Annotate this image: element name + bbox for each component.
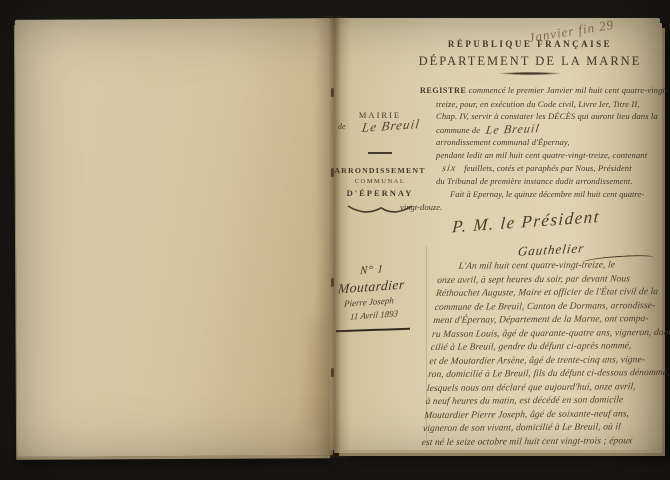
stamp-divider bbox=[368, 152, 392, 154]
arrondissement-label: ARRONDISSEMENT bbox=[334, 166, 426, 175]
right-page: Janvier fin 29 RÉPUBLIQUE FRANÇAISE DÉPA… bbox=[330, 18, 660, 450]
registre-word: REGISTRE bbox=[420, 86, 466, 95]
registre-line: arrondissement communal d'Épernay, bbox=[436, 136, 670, 149]
registre-line: du Tribunal de première instance dudit a… bbox=[436, 175, 670, 188]
act-date: 11 Avril 1893 bbox=[350, 308, 399, 321]
mairie-stamp: MAIRIE de Le Breuil ARRONDISSEMENT COMMU… bbox=[334, 110, 426, 120]
act-firstnames: Pierre Joseph bbox=[344, 295, 394, 309]
act-surname: Moutardier bbox=[338, 277, 406, 298]
fait-line: Fait à Epernay, le quinze décembre mil h… bbox=[450, 189, 644, 199]
president-signature-title: P. M. le Président bbox=[452, 203, 663, 238]
feuillets-count-handwritten: six bbox=[441, 162, 457, 175]
act-margin-rule bbox=[336, 328, 410, 333]
act-line: ron, domicilié à Le Breuil, fils du défu… bbox=[427, 367, 660, 383]
registre-line: treize, pour, en exécution du Code civil… bbox=[436, 98, 670, 111]
register-book: Janvier fin 29 RÉPUBLIQUE FRANÇAISE DÉPA… bbox=[14, 16, 656, 462]
act-number: N° 1 bbox=[360, 263, 385, 277]
registre-line: commune deLe Breuil bbox=[436, 123, 670, 137]
fait-line: vingt-douze. bbox=[400, 202, 442, 212]
ink-bleedthrough bbox=[306, 318, 327, 428]
act-line: cilié à Le Breuil, gendre du défunt ci-a… bbox=[430, 340, 663, 356]
departement-heading: DÉPARTEMENT DE LA MARNE bbox=[382, 54, 670, 69]
act-line: lesquels nous ont déclaré que aujourd'hu… bbox=[426, 381, 659, 397]
decorative-rule bbox=[498, 72, 562, 75]
registre-line: REGISTRE commencé le premier Janvier mil… bbox=[420, 84, 670, 98]
communal-label: COMMUNAL bbox=[334, 178, 426, 185]
act-line: est né le seize octobre mil huit cent vi… bbox=[421, 435, 654, 451]
act-line: ment d'Épernay, Département de la Marne,… bbox=[433, 313, 666, 329]
registre-line: pendant ledit an mil huit cent quatre-vi… bbox=[436, 149, 670, 162]
epernay-label: D'ÉPERNAY bbox=[334, 188, 426, 198]
act-body-text: L'An mil huit cent quatre-vingt-treize, … bbox=[421, 259, 670, 450]
registre-line: Chap. IV, servir à constater les DÉCÈS q… bbox=[436, 110, 670, 123]
president-signature: Gauthelier bbox=[517, 240, 585, 260]
registre-paragraph: REGISTRE commencé le premier Janvier mil… bbox=[420, 84, 670, 188]
registre-line: sixfeuillets, cotés et paraphés par Nous… bbox=[436, 162, 670, 176]
act-line: Réthouchet Auguste, Maire et officier de… bbox=[435, 286, 668, 302]
commune-blank-handwritten: Le Breuil bbox=[485, 122, 541, 136]
republique-heading: RÉPUBLIQUE FRANÇAISE bbox=[400, 39, 660, 49]
act-line: Moutardier Pierre Joseph, âgé de soixant… bbox=[423, 408, 656, 424]
left-page bbox=[15, 18, 333, 457]
